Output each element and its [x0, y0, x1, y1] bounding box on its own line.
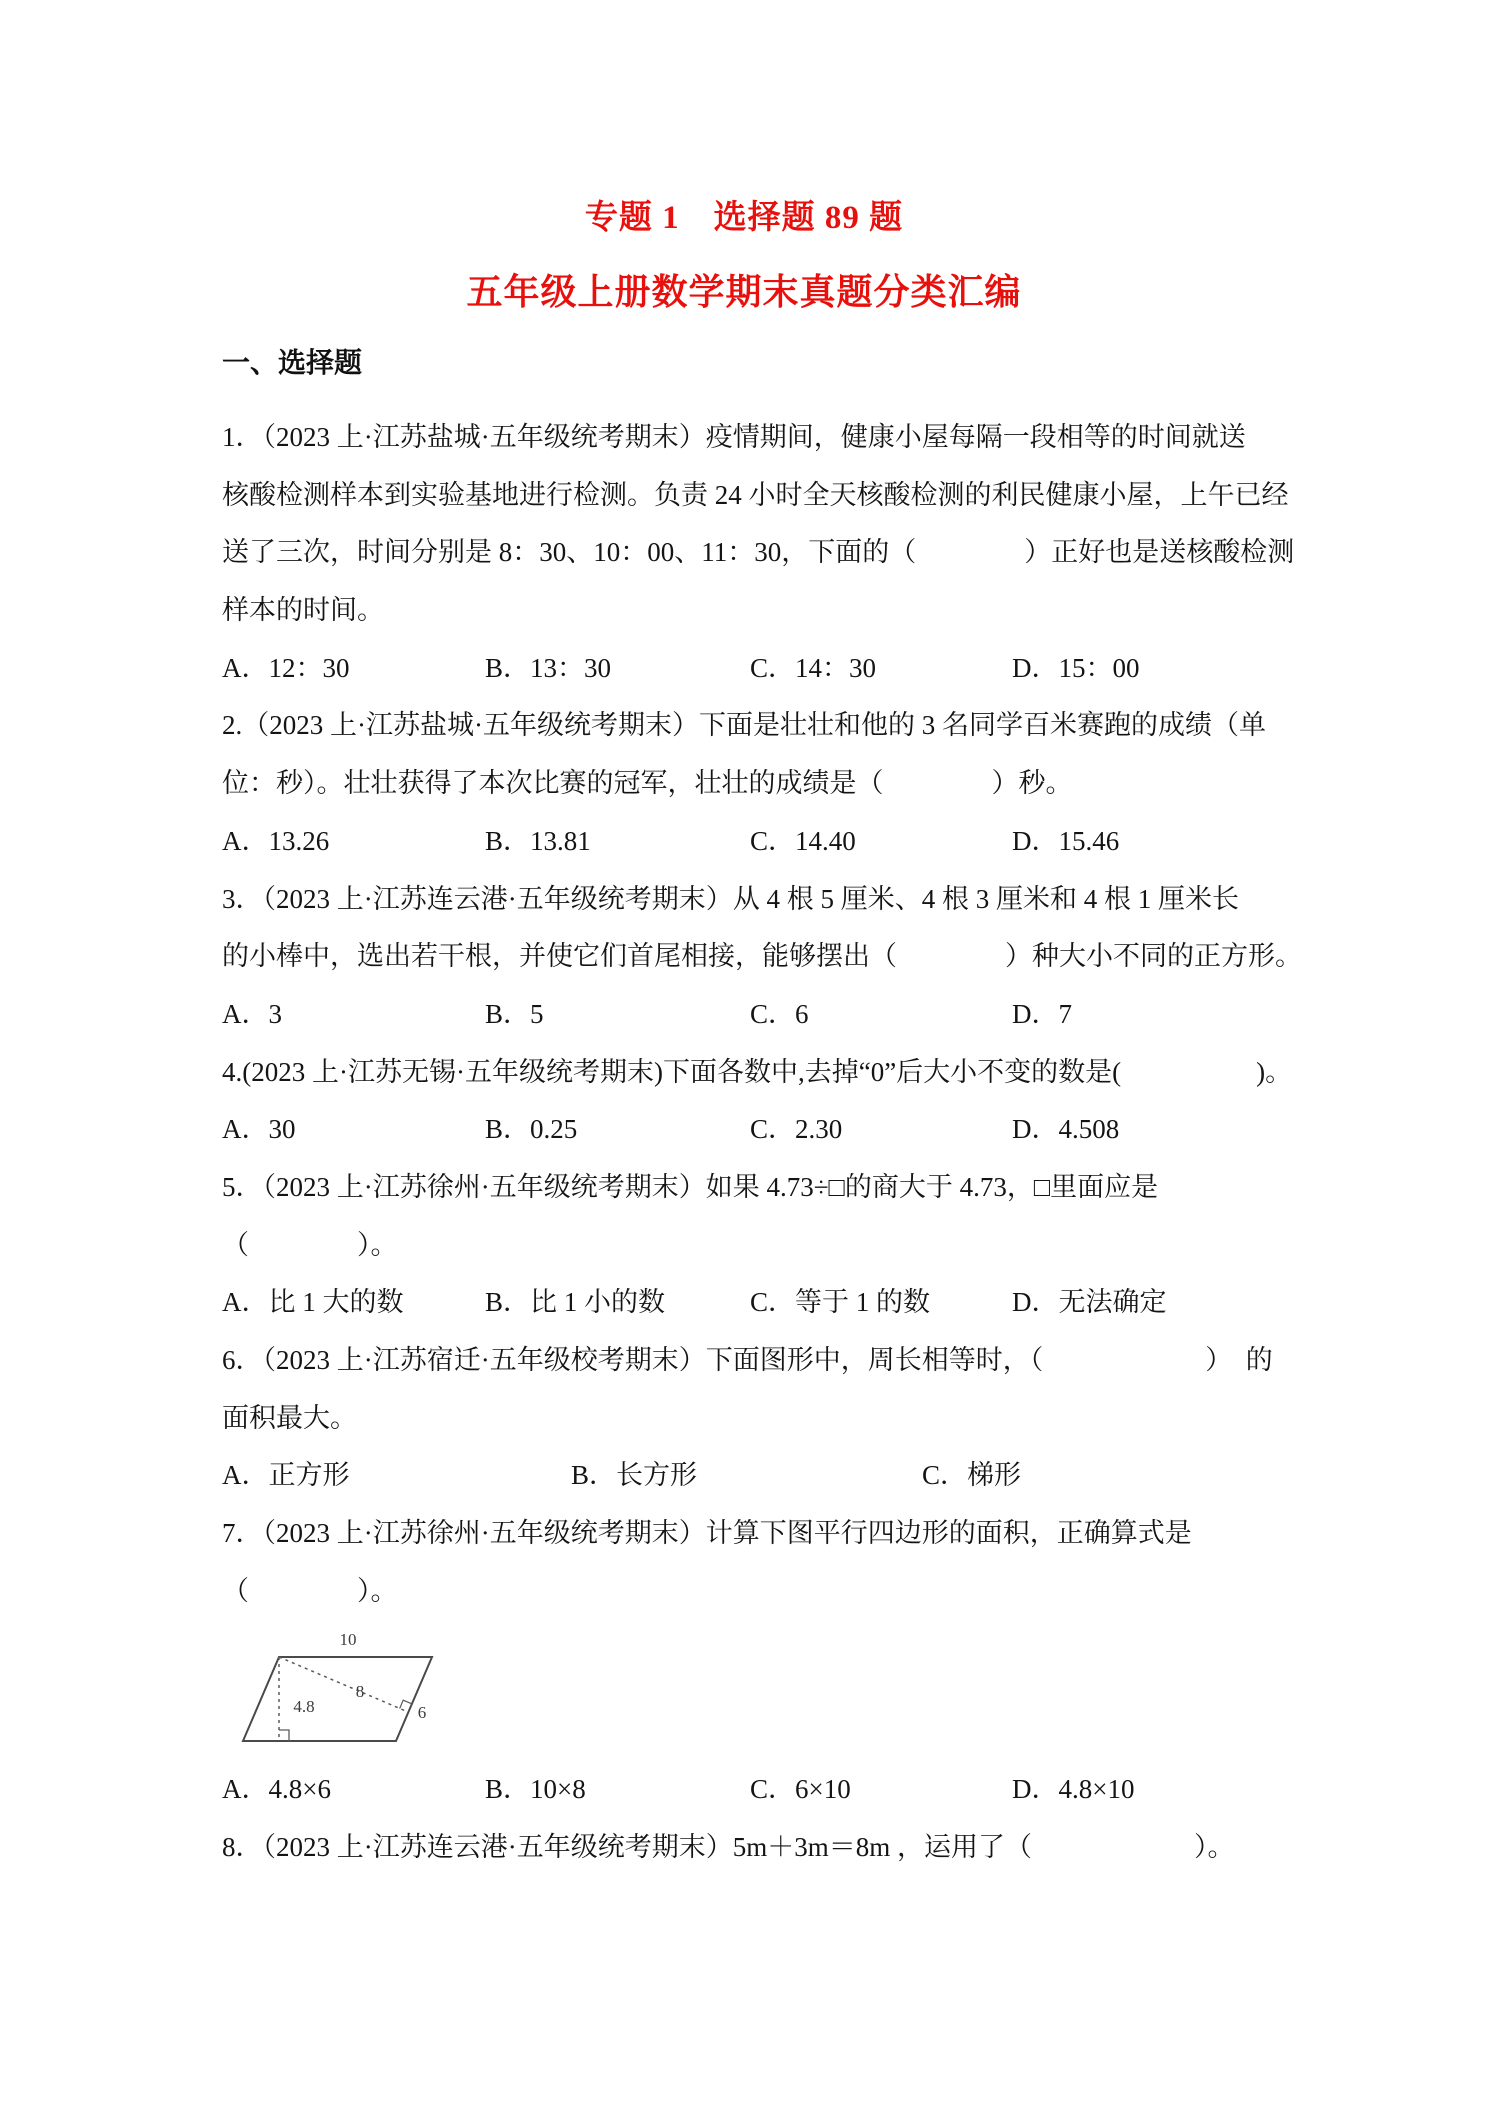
question-3-line-2: 的小棒中，选出若干根，并使它们首尾相接，能够摆出（ ）种大小不同的正方形。 [222, 928, 1288, 986]
option-item: B．13.81 [485, 813, 591, 871]
option-item: D．15：00 [1012, 640, 1140, 698]
figure-height-label: 4.8 [293, 1697, 314, 1716]
figure-base-label: 10 [340, 1630, 357, 1649]
question-5-line-1: 5．（2023 上·江苏徐州·五年级统考期末）如果 4.73÷□的商大于 4.7… [222, 1159, 1288, 1217]
option-item: B．长方形 [571, 1447, 697, 1505]
option-item: B．5 [485, 986, 544, 1044]
parallelogram-outline [243, 1657, 432, 1741]
question-7-line-2: （ ）。 [222, 1563, 1288, 1621]
question-6-options: A．正方形 B．长方形 C．梯形 [222, 1447, 1288, 1505]
question-3-line-1: 3．（2023 上·江苏连云港·五年级统考期末）从 4 根 5 厘米、4 根 3… [222, 871, 1288, 929]
option-item: A．13.26 [222, 813, 329, 871]
option-item: D．15.46 [1012, 813, 1119, 871]
option-item: A．4.8×6 [222, 1761, 331, 1819]
option-item: C．14.40 [750, 813, 856, 871]
option-item: D．4.8×10 [1012, 1761, 1134, 1819]
option-item: A．30 [222, 1101, 296, 1159]
question-2-line-2: 位：秒）。壮壮获得了本次比赛的冠军，壮壮的成绩是（ ）秒。 [222, 755, 1288, 813]
question-5-options: A．比 1 大的数 B．比 1 小的数 C．等于 1 的数 D．无法确定 [222, 1274, 1288, 1332]
question-7-options: A．4.8×6 B．10×8 C．6×10 D．4.8×10 [222, 1761, 1288, 1819]
question-1-line-3: 送了三次，时间分别是 8：30、10：00、11：30，下面的（ ）正好也是送核… [222, 524, 1288, 582]
option-item: B．13：30 [485, 640, 611, 698]
question-2-line-1: 2.（2023 上·江苏盐城·五年级统考期末）下面是壮壮和他的 3 名同学百米赛… [222, 697, 1288, 755]
option-item: B．0.25 [485, 1101, 577, 1159]
question-4-options: A．30 B．0.25 C．2.30 D．4.508 [222, 1101, 1288, 1159]
question-6-line-1: 6．（2023 上·江苏宿迁·五年级校考期末）下面图形中，周长相等时，（ ） 的 [222, 1332, 1288, 1390]
option-item: B．10×8 [485, 1761, 586, 1819]
doc-subtitle: 五年级上册数学期末真题分类汇编 [0, 270, 1488, 314]
document-body: 一、选择题 1．（2023 上·江苏盐城·五年级统考期末）疫情期间，健康小屋每隔… [222, 344, 1288, 1877]
option-item: A．3 [222, 986, 282, 1044]
figure-diagonal-label: 8 [356, 1682, 365, 1701]
option-item: C．14：30 [750, 640, 876, 698]
option-item: C．6 [750, 986, 809, 1044]
question-4-line-1: 4.(2023 上·江苏无锡·五年级统考期末)下面各数中,去掉“0”后大小不变的… [222, 1044, 1288, 1102]
option-item: A．正方形 [222, 1447, 350, 1505]
figure-side-label: 6 [418, 1703, 427, 1722]
option-item: C．6×10 [750, 1761, 851, 1819]
question-1-line-1: 1．（2023 上·江苏盐城·五年级统考期末）疫情期间，健康小屋每隔一段相等的时… [222, 409, 1288, 467]
option-item: A．比 1 大的数 [222, 1274, 404, 1332]
question-1-options: A．12：30 B．13：30 C．14：30 D．15：00 [222, 640, 1288, 698]
question-6-line-2: 面积最大。 [222, 1390, 1288, 1448]
option-item: D．4.508 [1012, 1101, 1119, 1159]
question-5-line-2: （ ）。 [222, 1217, 1288, 1275]
question-7-line-1: 7．（2023 上·江苏徐州·五年级统考期末）计算下图平行四边形的面积，正确算式… [222, 1505, 1288, 1563]
question-1-line-4: 样本的时间。 [222, 582, 1288, 640]
option-item: B．比 1 小的数 [485, 1274, 665, 1332]
section-heading: 一、选择题 [222, 344, 1288, 384]
option-item: A．12：30 [222, 640, 350, 698]
option-item: D．7 [1012, 986, 1072, 1044]
option-item: C．等于 1 的数 [750, 1274, 930, 1332]
exam-document-page: 专题 1 选择题 89 题 五年级上册数学期末真题分类汇编 一、选择题 1．（2… [0, 0, 1488, 2105]
question-1-line-2: 核酸检测样本到实验基地进行检测。负责 24 小时全天核酸检测的利民健康小屋，上午… [222, 467, 1288, 525]
option-item: C．梯形 [922, 1447, 1021, 1505]
question-3-options: A．3 B．5 C．6 D．7 [222, 986, 1288, 1044]
option-item: D．无法确定 [1012, 1274, 1167, 1332]
doc-title: 专题 1 选择题 89 题 [0, 0, 1488, 240]
option-item: C．2.30 [750, 1101, 842, 1159]
right-angle-mark-base [279, 1730, 289, 1741]
question-2-options: A．13.26 B．13.81 C．14.40 D．15.46 [222, 813, 1288, 871]
question-8-line-1: 8．（2023 上·江苏连云港·五年级统考期末）5m＋3m＝8m ，运用了（ ）… [222, 1819, 1288, 1877]
